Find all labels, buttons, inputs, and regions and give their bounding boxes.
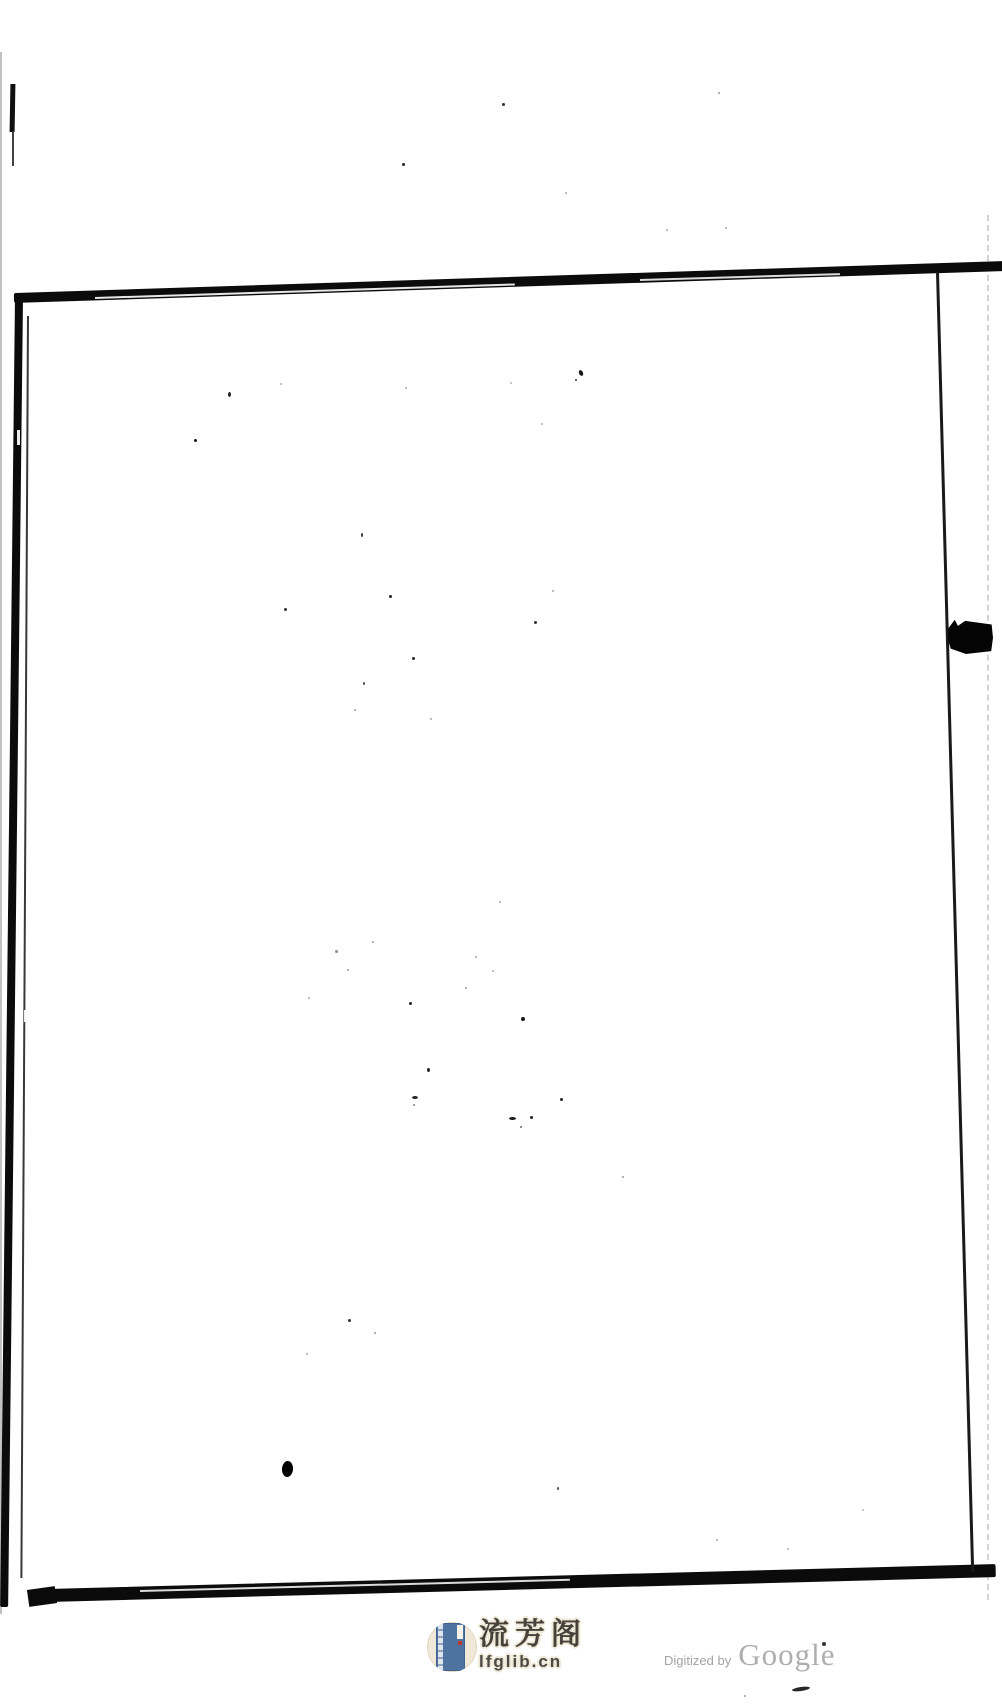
scan-speck: [744, 1695, 746, 1697]
scan-speck: [499, 901, 501, 903]
scan-speck: [565, 192, 567, 194]
scan-speck: [372, 941, 374, 943]
frame-bottom-left-corner: [27, 1586, 57, 1607]
scan-speck: [405, 387, 407, 389]
scan-speck: [502, 103, 505, 106]
scan-speck: [560, 1098, 563, 1101]
scan-speck: [510, 382, 512, 384]
frame-texture-gap: [26, 1290, 29, 1307]
scan-speck: [520, 1126, 522, 1128]
google-logo: Google: [738, 1637, 835, 1673]
scan-speck: [725, 227, 727, 229]
scan-speck: [412, 1096, 418, 1099]
book-logo-icon: [427, 1622, 477, 1672]
scan-speck: [361, 533, 363, 537]
scan-speck: [509, 1117, 516, 1120]
scanned-book-page: 流芳阁 lfglib.cn Digitized by Google: [0, 0, 1002, 1706]
scan-speck: [306, 1353, 308, 1355]
watermark-site-url: lfglib.cn: [479, 1652, 587, 1672]
scan-speck: [541, 423, 543, 425]
scan-speck: [228, 392, 231, 397]
scan-speck: [363, 682, 365, 685]
book-cover: [436, 1623, 465, 1671]
frame-left-border: [0, 297, 23, 1607]
frame-bottom-border: [46, 1564, 996, 1602]
scan-speck: [354, 709, 356, 711]
scan-speck: [374, 1332, 376, 1334]
scan-speck: [412, 657, 415, 660]
book-spine-stitches: [438, 1624, 443, 1670]
lfglib-watermark: 流芳阁 lfglib.cn: [427, 1615, 687, 1685]
scan-speck: [575, 379, 577, 381]
scan-speck-layer: [0, 0, 1002, 1706]
scan-speck: [530, 1116, 533, 1119]
scan-speck: [284, 608, 287, 611]
scan-edge-left-line: [0, 52, 2, 1614]
scan-speck: [335, 950, 338, 953]
book-title-label: [457, 1625, 463, 1639]
book-red-seal: [458, 1641, 462, 1645]
scan-speck: [521, 1017, 525, 1021]
frame-texture-gap: [17, 430, 20, 445]
scan-edge-right-line: [987, 215, 989, 1600]
scan-speck: [389, 595, 392, 598]
scan-speck: [578, 369, 584, 376]
scan-speck: [427, 1068, 430, 1072]
scan-speck: [347, 969, 349, 971]
scan-speck: [308, 997, 310, 999]
scan-speck: [413, 1104, 415, 1106]
scan-speck: [492, 970, 494, 972]
scan-speck: [281, 1461, 293, 1478]
margin-ink-mark: [10, 84, 16, 132]
scan-speck: [534, 621, 537, 624]
scan-speck: [348, 1319, 351, 1322]
watermark-site-name: 流芳阁: [479, 1620, 587, 1650]
scan-speck: [792, 1686, 810, 1692]
scan-speck: [402, 163, 405, 166]
scan-speck: [430, 718, 432, 720]
scan-speck: [475, 956, 477, 958]
scan-speck: [666, 229, 668, 231]
scan-speck: [465, 987, 467, 989]
frame-left-inner-line: [20, 316, 29, 1578]
page-fold-line: [936, 272, 974, 1572]
scan-speck: [862, 1509, 864, 1511]
scan-speck: [409, 1002, 412, 1005]
scan-speck: [787, 1548, 789, 1550]
margin-ink-mark-tail: [12, 131, 14, 166]
digitized-by-label: Digitized by: [664, 1653, 731, 1668]
scan-speck: [194, 439, 197, 442]
scan-speck: [557, 1487, 559, 1490]
watermark-text: 流芳阁 lfglib.cn: [479, 1620, 587, 1672]
scan-speck: [716, 1539, 718, 1541]
scan-speck: [280, 383, 282, 385]
scan-speck: [552, 590, 554, 592]
frame-texture-gap: [24, 1010, 27, 1022]
scan-speck: [718, 92, 720, 94]
google-credit: Digitized by Google: [664, 1637, 835, 1673]
frame-texture-gap: [21, 715, 24, 735]
scan-speck: [622, 1176, 624, 1178]
